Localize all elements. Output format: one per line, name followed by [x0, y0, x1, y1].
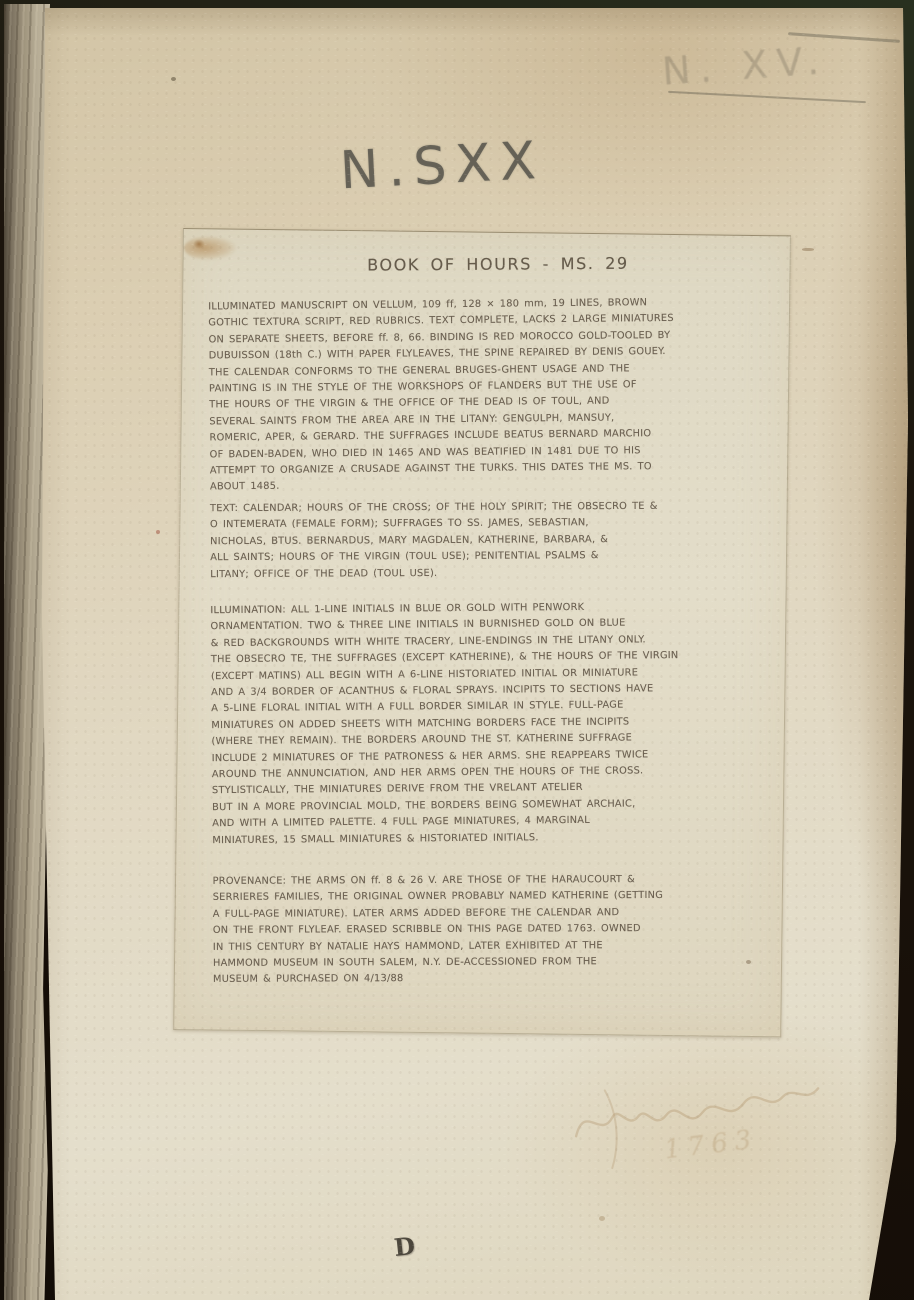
ink-speck: [156, 530, 160, 534]
stain-core: [193, 239, 205, 249]
pencil-strike-line: [668, 91, 866, 103]
erased-ink-scribble: 1763: [564, 1048, 886, 1205]
page-shading-top: [0, 0, 914, 36]
sheet-title: BOOK OF HOURS - MS. 29: [367, 254, 629, 275]
scribble-squiggle: [564, 1048, 886, 1205]
paragraph-text-contents: TEXT: CALENDAR; HOURS OF THE CROSS; OF T…: [210, 498, 776, 583]
ink-speck: [802, 248, 814, 251]
stain: [184, 236, 236, 260]
flyleaf-page: N. XV. N.SXX BOOK OF HOURS - MS. 29 ILLU…: [0, 0, 914, 1300]
ink-mark-d: D: [393, 1231, 417, 1262]
paragraph-description: ILLUMINATED MANUSCRIPT ON VELLUM, 109 ff…: [208, 294, 776, 496]
ink-speck: [599, 1216, 605, 1221]
paragraph-illumination: ILLUMINATION: ALL 1-LINE INITIALS IN BLU…: [210, 598, 778, 849]
sheet-text-block: BOOK OF HOURS - MS. 29 ILLUMINATED MANUS…: [184, 231, 796, 1035]
pasted-description-sheet: BOOK OF HOURS - MS. 29 ILLUMINATED MANUS…: [173, 228, 791, 1037]
ink-speck: [171, 77, 176, 81]
paragraph-provenance: PROVENANCE: THE ARMS ON ff. 8 & 26 V. AR…: [213, 871, 779, 988]
erased-shelfmark-pencil: N. XV.: [661, 38, 829, 93]
ink-speck: [746, 960, 751, 964]
shelfmark-pencil: N.SXX: [339, 131, 547, 202]
book-photo: N. XV. N.SXX BOOK OF HOURS - MS. 29 ILLU…: [0, 0, 914, 1300]
